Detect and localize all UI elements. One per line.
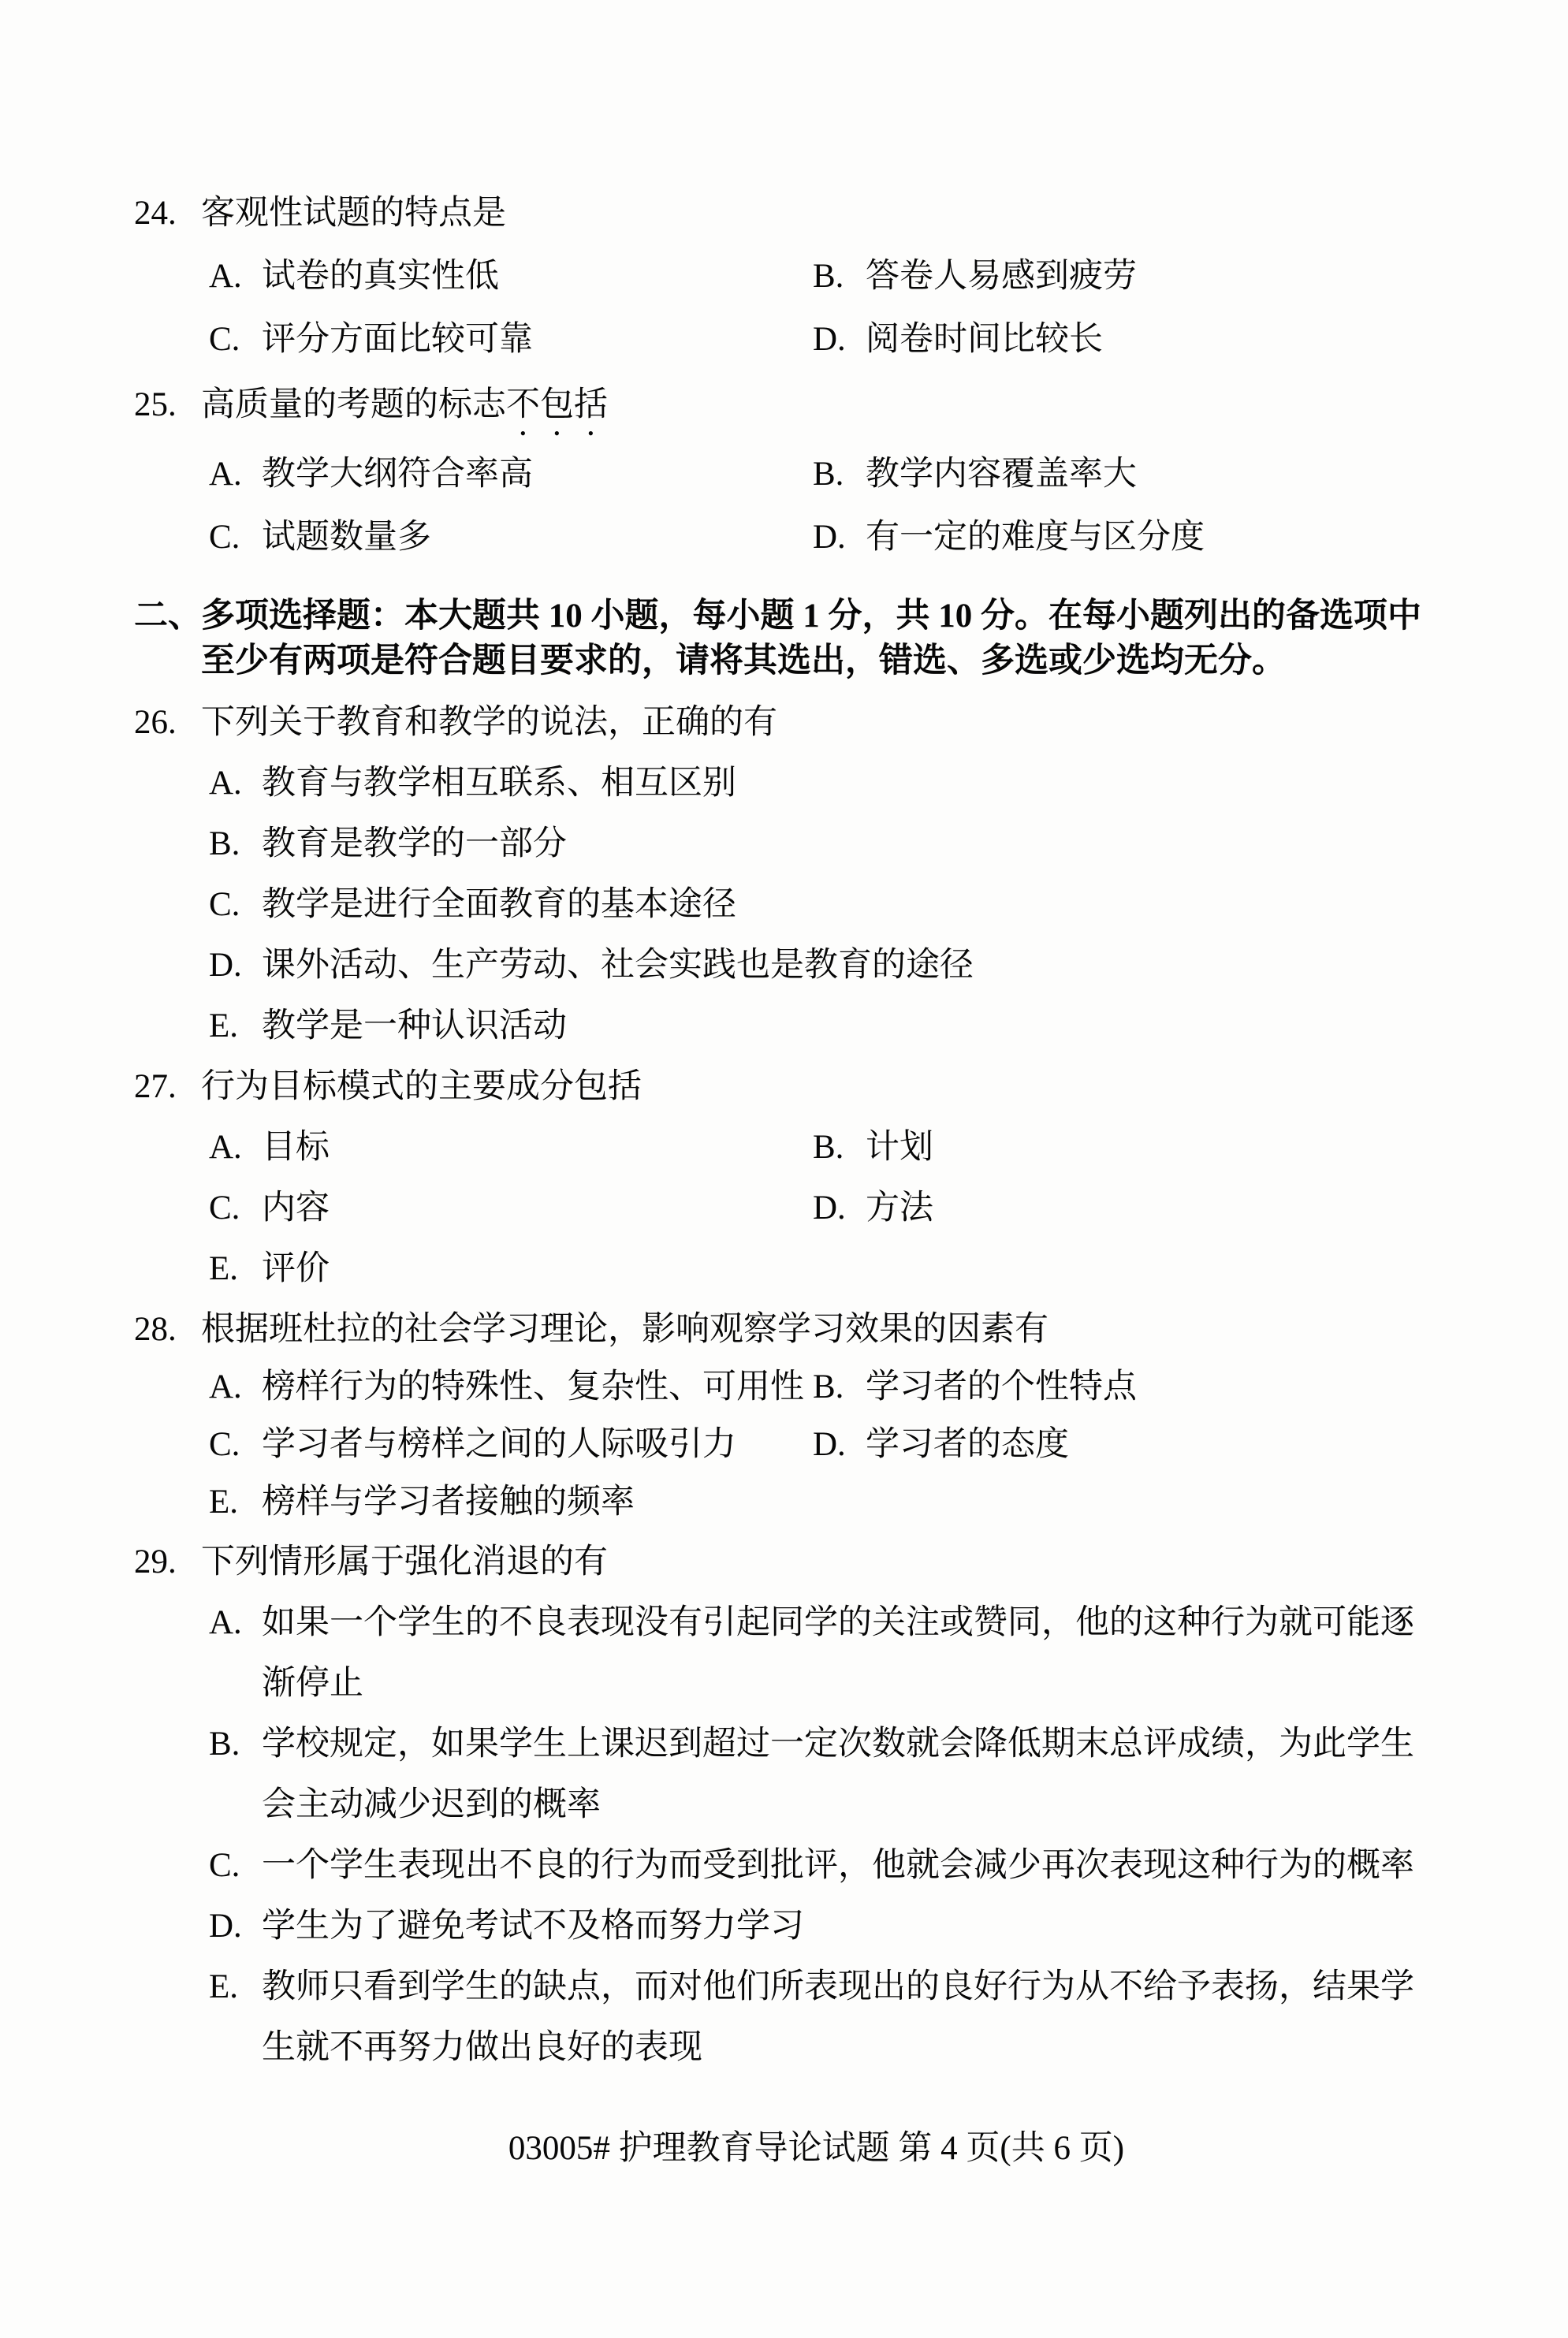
option-b: B.答卷人易感到疲劳 <box>813 245 1137 308</box>
option-text-line: 学校规定，如果学生上课迟到超过一定次数就会降低期末总评成绩，为此学生 <box>262 1726 1414 1763</box>
option-a: A.榜样行为的特殊性、复杂性、可用性 <box>209 1358 813 1416</box>
option-label: E. <box>209 1473 262 1531</box>
option-b: B.教学内容覆盖率大 <box>813 443 1137 506</box>
stem-emphasized-text: 不包括 <box>506 386 608 423</box>
question-number: 27. <box>134 1056 201 1117</box>
options-group: A.试卷的真实性低B.答卷人易感到疲劳 C.评分方面比较可靠D.阅卷时间比较长 <box>134 245 1499 371</box>
option-b: B.计划 <box>813 1117 933 1178</box>
option-text: 教育与教学相互联系、相互区别 <box>262 765 736 802</box>
question-stem: 客观性试题的特点是 <box>201 182 506 245</box>
option-c: C.试题数量多 <box>209 506 813 569</box>
question-25: 25. 高质量的考题的标志不包括 A.教学大纲符合率高B.教学内容覆盖率大 C.… <box>134 374 1499 569</box>
option-text-line: 教师只看到学生的缺点，而对他们所表现出的良好行为从不给予表扬，结果学 <box>262 1968 1414 2005</box>
option-d: D.学生为了避免考试不及格而努力学习 <box>209 1896 1499 1956</box>
question-26: 26. 下列关于教育和教学的说法，正确的有 A.教育与教学相互联系、相互区别 B… <box>134 692 1499 1056</box>
page-footer-text: 03005# 护理教育导论试题 第 4 页(共 6 页) <box>508 2130 1124 2167</box>
option-label: D. <box>813 308 866 371</box>
option-b: B.学校规定，如果学生上课迟到超过一定次数就会降低期末总评成绩，为此学生 会主动… <box>209 1714 1499 1835</box>
option-a: A.教育与教学相互联系、相互区别 <box>209 753 1499 813</box>
option-c: C.评分方面比较可靠 <box>209 308 813 371</box>
option-text: 学习者与榜样之间的人际吸引力 <box>262 1426 736 1463</box>
option-label: A. <box>209 443 262 506</box>
option-text: 榜样行为的特殊性、复杂性、可用性 <box>262 1368 804 1405</box>
question-24: 24. 客观性试题的特点是 A.试卷的真实性低B.答卷人易感到疲劳 C.评分方面… <box>134 182 1499 371</box>
section-2-header: 二、 多项选择题：本大题共 10 小题，每小题 1 分，共 10 分。在每小题列… <box>134 594 1499 683</box>
stem-text: 高质量的考题的标志 <box>201 386 506 423</box>
options-group: A.如果一个学生的不良表现没有引起同学的关注或赞同，他的这种行为就可能逐 渐停止… <box>134 1592 1499 2078</box>
option-label: E. <box>209 996 262 1056</box>
option-label: B. <box>813 245 866 308</box>
option-label: D. <box>813 506 866 569</box>
section-instructions-line1: 多项选择题：本大题共 10 小题，每小题 1 分，共 10 分。在每小题列出的备… <box>201 594 1421 638</box>
option-text-line: 一个学生表现出不良的行为而受到批评，他就会减少再次表现这种行为的概率 <box>262 1847 1414 1884</box>
option-label: B. <box>813 1117 866 1178</box>
option-e: E.榜样与学习者接触的频率 <box>209 1473 1499 1531</box>
question-stem: 根据班杜拉的社会学习理论，影响观察学习效果的因素有 <box>201 1301 1048 1358</box>
question-stem: 下列情形属于强化消退的有 <box>201 1532 608 1592</box>
option-d: D.有一定的难度与区分度 <box>813 506 1205 569</box>
option-text-line: 渐停止 <box>262 1665 363 1702</box>
option-c: C.内容 <box>209 1178 813 1238</box>
option-label: A. <box>209 753 262 813</box>
option-label: C. <box>209 1835 262 1896</box>
option-a: A.如果一个学生的不良表现没有引起同学的关注或赞同，他的这种行为就可能逐 渐停止 <box>209 1592 1499 1714</box>
options-group: A.教学大纲符合率高B.教学内容覆盖率大 C.试题数量多D.有一定的难度与区分度 <box>134 443 1499 569</box>
option-text: 评价 <box>262 1250 330 1287</box>
section-instructions-line2: 至少有两项是符合题目要求的，请将其选出，错选、多选或少选均无分。 <box>201 638 1286 683</box>
option-text: 答卷人易感到疲劳 <box>866 258 1137 295</box>
option-label: C. <box>209 874 262 935</box>
option-text: 学习者的个性特点 <box>866 1368 1137 1405</box>
option-text: 目标 <box>262 1129 330 1166</box>
option-e: E.教师只看到学生的缺点，而对他们所表现出的良好行为从不给予表扬，结果学 生就不… <box>209 1956 1499 2078</box>
exam-paper-page: 24. 客观性试题的特点是 A.试卷的真实性低B.答卷人易感到疲劳 C.评分方面… <box>0 0 1568 2338</box>
option-text: 教学大纲符合率高 <box>262 456 533 493</box>
option-text: 学习者的态度 <box>866 1426 1069 1463</box>
options-group: A.教育与教学相互联系、相互区别 B.教育是教学的一部分 C.教学是进行全面教育… <box>134 753 1499 1056</box>
option-c: C.教学是进行全面教育的基本途径 <box>209 874 1499 935</box>
question-stem: 高质量的考题的标志不包括 <box>201 374 608 443</box>
option-text: 教育是教学的一部分 <box>262 825 567 862</box>
option-text: 计划 <box>866 1129 933 1166</box>
option-label: A. <box>209 245 262 308</box>
options-group: A.目标B.计划 C.内容D.方法 E.评价 <box>134 1117 1499 1299</box>
option-text: 榜样与学习者接触的频率 <box>262 1484 635 1521</box>
question-29: 29. 下列情形属于强化消退的有 A.如果一个学生的不良表现没有引起同学的关注或… <box>134 1532 1499 2078</box>
option-label: D. <box>813 1416 866 1473</box>
question-stem: 行为目标模式的主要成分包括 <box>201 1056 642 1117</box>
question-number: 28. <box>134 1301 201 1358</box>
option-label: D. <box>209 1896 262 1956</box>
option-e: E.评价 <box>209 1238 1499 1299</box>
section-indent-spacer <box>134 638 201 683</box>
option-d: D.方法 <box>813 1178 933 1238</box>
option-label: E. <box>209 1238 262 1299</box>
option-label: C. <box>209 506 262 569</box>
option-b: B.学习者的个性特点 <box>813 1358 1137 1416</box>
option-text-line: 如果一个学生的不良表现没有引起同学的关注或赞同，他的这种行为就可能逐 <box>262 1604 1414 1641</box>
option-text: 方法 <box>866 1189 933 1227</box>
option-a: A.试卷的真实性低 <box>209 245 813 308</box>
option-label: D. <box>813 1178 866 1238</box>
option-label: A. <box>209 1592 262 1653</box>
option-label: B. <box>209 1714 262 1774</box>
question-number: 25. <box>134 374 201 443</box>
option-text: 内容 <box>262 1189 330 1227</box>
page-footer: 03005# 护理教育导论试题 第 4 页(共 6 页) <box>134 2125 1499 2172</box>
question-stem: 下列关于教育和教学的说法，正确的有 <box>201 692 777 753</box>
option-label: C. <box>209 1178 262 1238</box>
question-number: 24. <box>134 182 201 245</box>
option-text: 试卷的真实性低 <box>262 258 499 295</box>
option-label: C. <box>209 308 262 371</box>
question-number: 29. <box>134 1532 201 1592</box>
option-label: B. <box>813 443 866 506</box>
option-d: D.课外活动、生产劳动、社会实践也是教育的途径 <box>209 935 1499 996</box>
option-label: B. <box>813 1358 866 1416</box>
question-27: 27. 行为目标模式的主要成分包括 A.目标B.计划 C.内容D.方法 E.评价 <box>134 1056 1499 1299</box>
option-text: 教学是进行全面教育的基本途径 <box>262 886 736 923</box>
option-a: A.目标 <box>209 1117 813 1178</box>
option-text: 评分方面比较可靠 <box>262 321 533 358</box>
question-number: 26. <box>134 692 201 753</box>
option-label: D. <box>209 935 262 996</box>
option-text: 教学内容覆盖率大 <box>866 456 1137 493</box>
option-d: D.学习者的态度 <box>813 1416 1069 1473</box>
option-text: 有一定的难度与区分度 <box>866 519 1205 556</box>
option-c: C.一个学生表现出不良的行为而受到批评，他就会减少再次表现这种行为的概率 <box>209 1835 1499 1896</box>
option-label: A. <box>209 1117 262 1178</box>
option-label: C. <box>209 1416 262 1473</box>
option-text: 课外活动、生产劳动、社会实践也是教育的途径 <box>262 947 974 984</box>
options-group: A.榜样行为的特殊性、复杂性、可用性B.学习者的个性特点 C.学习者与榜样之间的… <box>134 1358 1499 1531</box>
option-e: E.教学是一种认识活动 <box>209 996 1499 1056</box>
option-b: B.教育是教学的一部分 <box>209 813 1499 874</box>
option-label: B. <box>209 813 262 874</box>
option-c: C.学习者与榜样之间的人际吸引力 <box>209 1416 813 1473</box>
option-text: 试题数量多 <box>262 519 431 556</box>
option-text-line: 生就不再努力做出良好的表现 <box>262 2029 702 2066</box>
option-text-line: 会主动减少迟到的概率 <box>262 1786 601 1823</box>
option-text: 阅卷时间比较长 <box>866 321 1103 358</box>
option-label: A. <box>209 1358 262 1416</box>
question-28: 28. 根据班杜拉的社会学习理论，影响观察学习效果的因素有 A.榜样行为的特殊性… <box>134 1301 1499 1531</box>
option-d: D.阅卷时间比较长 <box>813 308 1103 371</box>
option-a: A.教学大纲符合率高 <box>209 443 813 506</box>
option-label: E. <box>209 1956 262 2017</box>
option-text-line: 学生为了避免考试不及格而努力学习 <box>262 1908 804 1945</box>
option-text: 教学是一种认识活动 <box>262 1007 567 1044</box>
section-marker: 二、 <box>134 594 201 638</box>
